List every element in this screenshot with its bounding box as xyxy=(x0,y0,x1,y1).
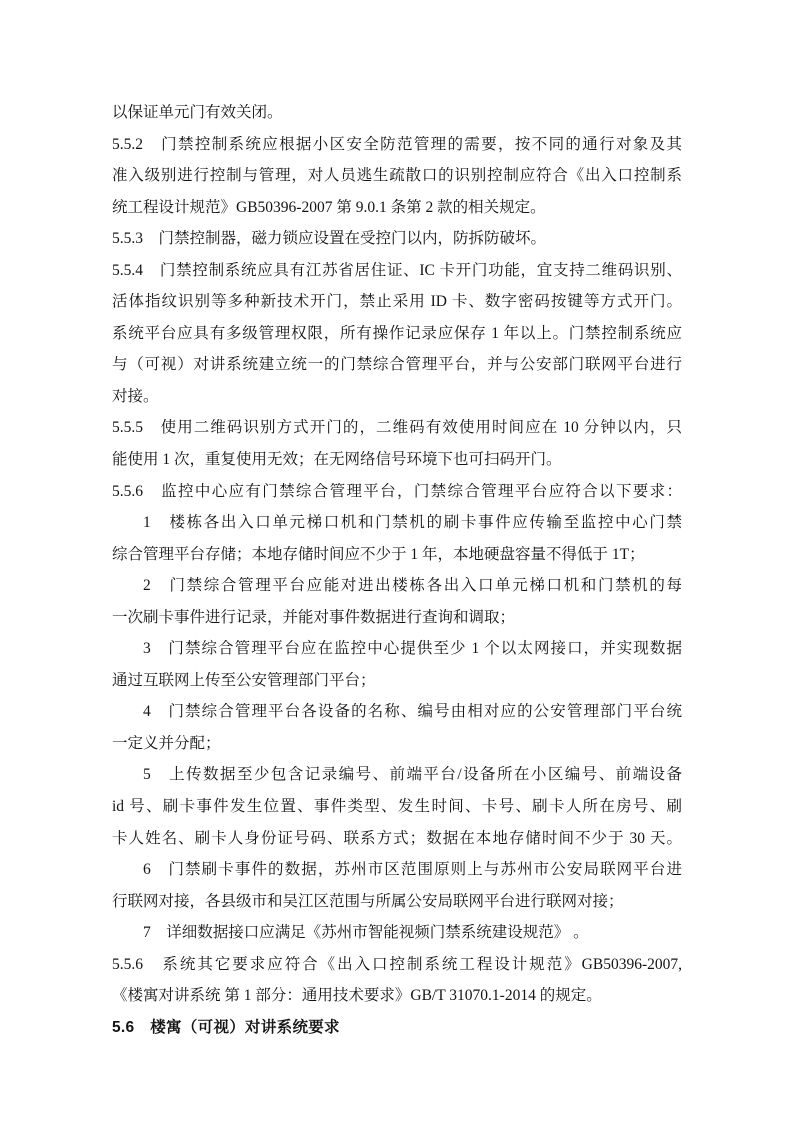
list-item-3-line: 3 门禁综合管理平台应在监控中心提供至少 1 个以太网接口，并实现数据 xyxy=(112,633,682,665)
section-heading-5-6: 5.6 楼寓（可视）对讲系统要求 xyxy=(112,1012,682,1044)
doc-line: 通过互联网上传至公安管理部门平台； xyxy=(112,665,682,697)
clause-5-5-6-line: 5.5.6 监控中心应有门禁综合管理平台，门禁综合管理平台应符合以下要求： xyxy=(112,476,682,508)
list-item-6-line: 6 门禁刷卡事件的数据，苏州市区范围原则上与苏州市公安局联网平台进 xyxy=(112,854,682,886)
clause-5-5-3-line: 5.5.3 门禁控制器，磁力锁应设置在受控门以内，防拆防破坏。 xyxy=(112,223,682,255)
doc-line: 卡人姓名、刷卡人身份证号码、联系方式；数据在本地存储时间不少于 30 天。 xyxy=(112,823,682,855)
list-item-7-line: 7 详细数据接口应满足《苏州市智能视频门禁系统建设规范》 。 xyxy=(112,917,682,949)
doc-line: 综合管理平台存储；本地存储时间应不少于 1 年，本地硬盘容量不得低于 1T； xyxy=(112,539,682,571)
list-item-4-line: 4 门禁综合管理平台各设备的名称、编号由相对应的公安管理部门平台统 xyxy=(112,696,682,728)
doc-line: 行联网对接，各县级市和吴江区范围与所属公安局联网平台进行联网对接； xyxy=(112,886,682,918)
doc-line: 《楼寓对讲系统 第 1 部分：通用技术要求》GB/T 31070.1-2014 … xyxy=(112,980,682,1012)
document-page: 以保证单元门有效关闭。 5.5.2 门禁控制系统应根据小区安全防范管理的需要，按… xyxy=(0,0,800,1131)
doc-line: 以保证单元门有效关闭。 xyxy=(112,97,682,129)
doc-line: 活体指纹识别等多种新技术开门，禁止采用 ID 卡、数字密码按键等方式开门。 xyxy=(112,286,682,318)
clause-5-5-4-line: 5.5.4 门禁控制系统应具有江苏省居住证、IC 卡开门功能，宜支持二维码识别、 xyxy=(112,255,682,287)
doc-line: id 号、刷卡事件发生位置、事件类型、发生时间、卡号、刷卡人所在房号、刷 xyxy=(112,791,682,823)
clause-5-5-5-line: 5.5.5 使用二维码识别方式开门的，二维码有效使用时间应在 10 分钟以内，只 xyxy=(112,412,682,444)
list-item-2-line: 2 门禁综合管理平台应能对进出楼栋各出入口单元梯口机和门禁机的每 xyxy=(112,570,682,602)
doc-line: 一定义并分配； xyxy=(112,728,682,760)
doc-line: 一次刷卡事件进行记录，并能对事件数据进行查询和调取； xyxy=(112,602,682,634)
doc-line: 与（可视）对讲系统建立统一的门禁综合管理平台，并与公安部门联网平台进行 xyxy=(112,349,682,381)
doc-line: 系统平台应具有多级管理权限，所有操作记录应保存 1 年以上。门禁控制系统应 xyxy=(112,318,682,350)
clause-5-5-6b-line: 5.5.6 系统其它要求应符合《出入口控制系统工程设计规范》GB50396-20… xyxy=(112,949,682,981)
list-item-1-line: 1 楼栋各出入口单元梯口机和门禁机的刷卡事件应传输至监控中心门禁 xyxy=(112,507,682,539)
doc-line: 统工程设计规范》GB50396-2007 第 9.0.1 条第 2 款的相关规定… xyxy=(112,192,682,224)
doc-line: 能使用 1 次，重复使用无效；在无网络信号环境下也可扫码开门。 xyxy=(112,444,682,476)
clause-5-5-2-line: 5.5.2 门禁控制系统应根据小区安全防范管理的需要，按不同的通行对象及其 xyxy=(112,129,682,161)
doc-line: 准入级别进行控制与管理，对人员逃生疏散口的识别控制应符合《出入口控制系 xyxy=(112,160,682,192)
doc-line: 对接。 xyxy=(112,381,682,413)
list-item-5-line: 5 上传数据至少包含记录编号、前端平台/设备所在小区编号、前端设备 xyxy=(112,759,682,791)
document-content: 以保证单元门有效关闭。 5.5.2 门禁控制系统应根据小区安全防范管理的需要，按… xyxy=(112,97,682,1043)
